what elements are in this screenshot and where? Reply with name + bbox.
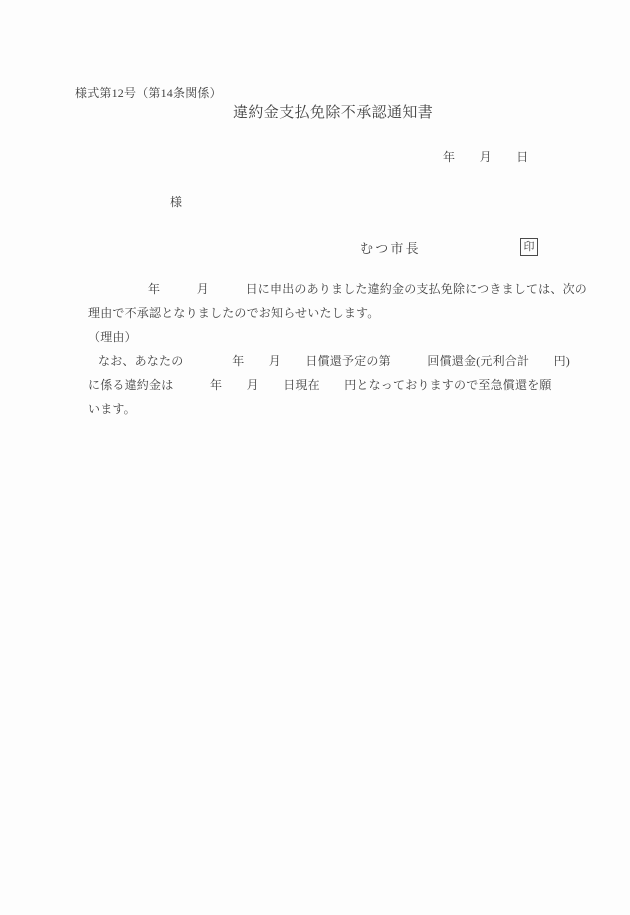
- form-number: 様式第12号（第14条関係）: [75, 87, 222, 99]
- body-line: います。: [88, 403, 136, 415]
- document-page: 様式第12号（第14条関係） 違約金支払免除不承認通知書 年 月 日 様 むつ市…: [0, 0, 630, 915]
- sender-title: むつ市長: [360, 242, 421, 255]
- seal-mark-icon: 印: [524, 242, 535, 253]
- body-line: 年 月 日に申出のありました違約金の支払免除につきましては、次の: [148, 283, 587, 295]
- body-line: なお、あなたの 年 月 日償還予定の第 回償還金(元利合計 円): [98, 355, 570, 367]
- reason-label: （理由）: [88, 331, 137, 343]
- issue-date-blank: 年 月 日: [443, 151, 528, 163]
- page-title: 違約金支払免除不承認通知書: [233, 106, 433, 121]
- addressee-suffix: 様: [170, 196, 182, 208]
- seal-box: 印: [520, 238, 538, 256]
- body-line: に係る違約金は 年 月 日現在 円となっておりますので至急償還を願: [88, 379, 552, 391]
- body-line: 理由で不承認となりましたのでお知らせいたします。: [88, 307, 379, 319]
